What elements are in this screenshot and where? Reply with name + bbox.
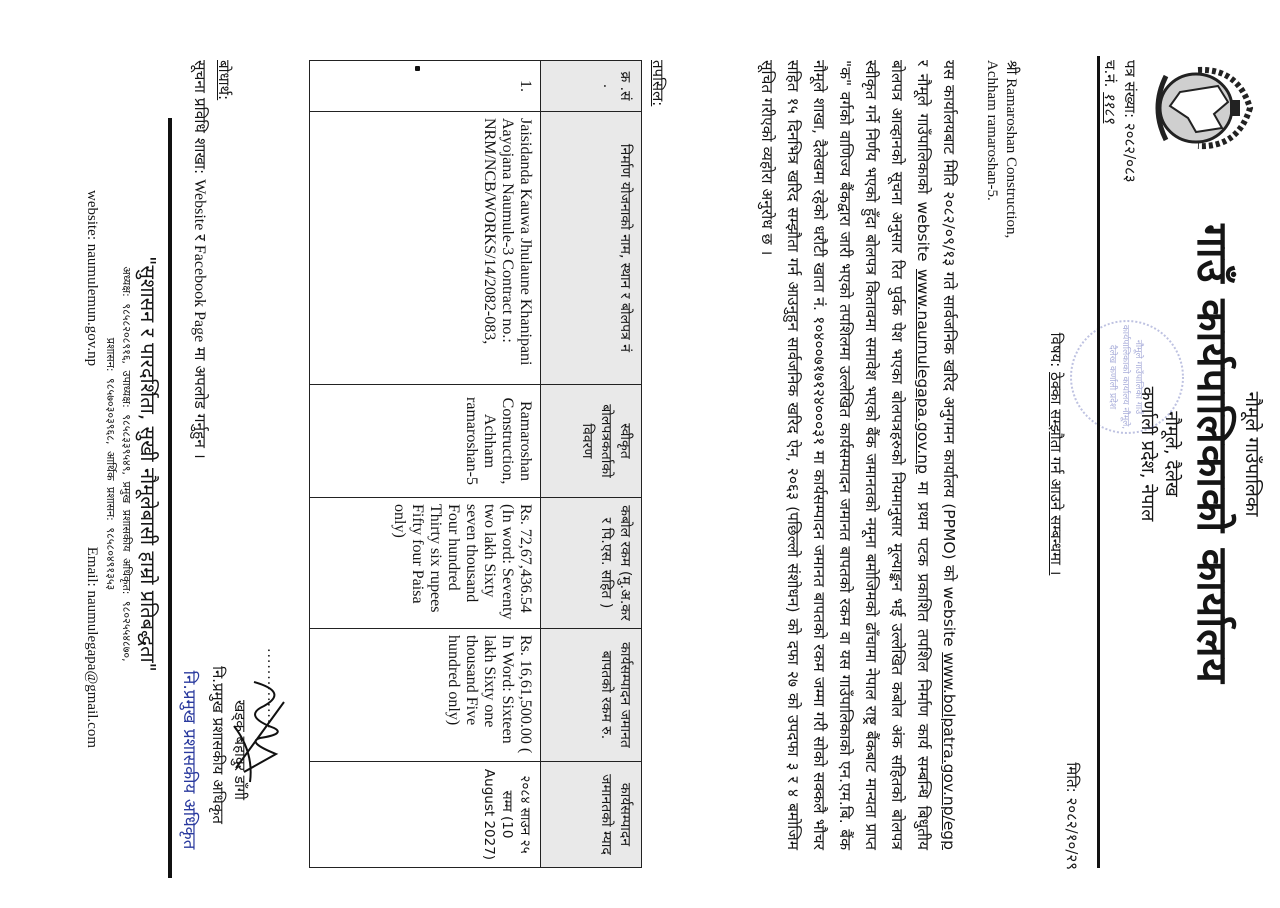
schedule-table: क्र .सं . निर्माण योजनाको नाम, स्थान र ब…: [309, 60, 642, 868]
header-divider: [1097, 56, 1100, 868]
schedule-label: तपसिल:: [648, 60, 668, 106]
municipality-name: नौमूले गाउँपालिका: [1240, 0, 1266, 908]
dispatch-number-value: ११८९: [1101, 92, 1119, 123]
letter-number-label: पत्र संख्या:: [1121, 60, 1139, 118]
subject-label: विषय:: [1047, 333, 1065, 368]
header-serial: क्र .सं .: [541, 61, 642, 112]
footer-email-link[interactable]: Email: naumulegapa@gmail.com: [83, 547, 100, 748]
office-stamp: नौमूले गाउँपालिका गाउँ कार्यपालिकाको कार…: [1070, 320, 1184, 434]
cc-recipient: सूचना प्रविधि शाखा:: [191, 60, 209, 179]
scan-speck: [415, 66, 420, 71]
addressee-name: श्री Ramaroshan Construction,: [1002, 60, 1022, 238]
footer-contacts-line1: अध्यक्ष: ९८५८२०८९१६, उपाध्यक्ष: ९८५८३३९५…: [119, 60, 134, 868]
table-row: 1. Jaisidanda Kauwa Jhulaune Khanipani A…: [310, 61, 541, 868]
letter-body: यस कार्यालयबाट मिति २०८२/०९/१३ गते सार्व…: [754, 60, 962, 850]
footer-contacts-line2: प्रशासन: ९८५७०३०३९६८, आर्थिक प्रशासन: ९८…: [103, 60, 118, 868]
footer-motto: "सुशासन र पारदर्शिता, सुखी नौमूलेबासी हा…: [135, 60, 162, 868]
signatory-stamp: नि.प्रमुख प्रशासकीय अधिकृत: [179, 630, 202, 890]
cc-instruction: मा अपलोड गर्नुहुन ।: [191, 342, 209, 459]
table-header-row: क्र .सं . निर्माण योजनाको नाम, स्थान र ब…: [541, 61, 642, 868]
body-text-part: र नौमूले गाउँपालिकाको website: [914, 60, 932, 269]
cell-bid-amount: Rs. 72,67,436.54 (In word: Seventy two l…: [310, 498, 541, 629]
cell-project: Jaisidanda Kauwa Jhulaune Khanipani Aayo…: [310, 112, 541, 385]
footer-web-email: website: naumulemun.gov.np Email: naumul…: [83, 60, 100, 868]
cell-bidder: Ramaroshan Construction, Achham ramarosh…: [310, 385, 541, 498]
cc-channels: Website र Facebook Page: [191, 179, 208, 342]
addressee-address: Achham ramaroshan-5.: [983, 60, 1000, 201]
cell-guarantee-validity: २०८४ साउन २५ सम्म (10 August 2027): [310, 762, 541, 868]
header-project: निर्माण योजनाको नाम, स्थान र बोलपत्र नं: [541, 112, 642, 385]
header-guarantee-validity: कार्यसम्पादन जमानतको म्याद: [541, 762, 642, 868]
municipality-website-link[interactable]: www.naumulegapa.gov.np: [914, 269, 932, 474]
signatory-title: नि.प्रमुख प्रशासकीय अधिकृत: [208, 620, 228, 870]
letter-subject: विषय: ठेक्का सम्झौता गर्न आउने सम्बन्धमा…: [1046, 0, 1066, 908]
header-guarantee-amount: कार्यसम्पादन जमानत बापतको रकम रु.: [541, 629, 642, 762]
official-letter-page: नौमूले गाउँपालिका गाउँ कार्यपालिकाको कार…: [0, 0, 1280, 908]
cc-text: सूचना प्रविधि शाखा: Website र Facebook P…: [190, 60, 212, 459]
bolpatra-link[interactable]: www.bolpatra.gov.np/egp: [940, 652, 958, 850]
header-bidder: स्वीकृत बोलपत्रकर्ताको विवरण: [541, 385, 642, 498]
office-title: गाउँ कार्यपालिकाको कार्यालय: [1185, 0, 1242, 908]
cc-label: बोधार्थ:: [214, 60, 234, 100]
body-text-part: मा प्रथम पटक प्रकाशित तपशिल निर्माण कार्…: [758, 60, 932, 850]
signatory-name: खड्क बहादुर डाँगी: [230, 630, 250, 870]
cell-serial: 1.: [310, 61, 541, 112]
header-bid-amount: कबोल रकम (मु.अ.कर र पि.एस. सहित ): [541, 498, 642, 629]
dispatch-number-label: च.नं.: [1101, 60, 1119, 87]
dispatch-number: च.नं. ११८९: [1100, 60, 1120, 123]
letter-number: पत्र संख्या: २०८२/०८३: [1120, 60, 1140, 183]
subject-text: ठेक्का सम्झौता गर्न आउने सम्बन्धमा ।: [1047, 372, 1065, 575]
footer-website-link[interactable]: website: naumulemun.gov.np: [83, 190, 100, 366]
office-place: नौमूले, दैलेख: [1160, 0, 1184, 908]
letter-number-value: २०८२/०८३: [1121, 123, 1139, 183]
footer-divider: [168, 118, 172, 878]
body-text-part: यस कार्यालयबाट मिति २०८२/०९/१३ गते सार्व…: [940, 60, 958, 652]
cell-guarantee-amount: Rs. 16,61,500.00 ( In Word: Sixteen lakh…: [310, 629, 541, 762]
